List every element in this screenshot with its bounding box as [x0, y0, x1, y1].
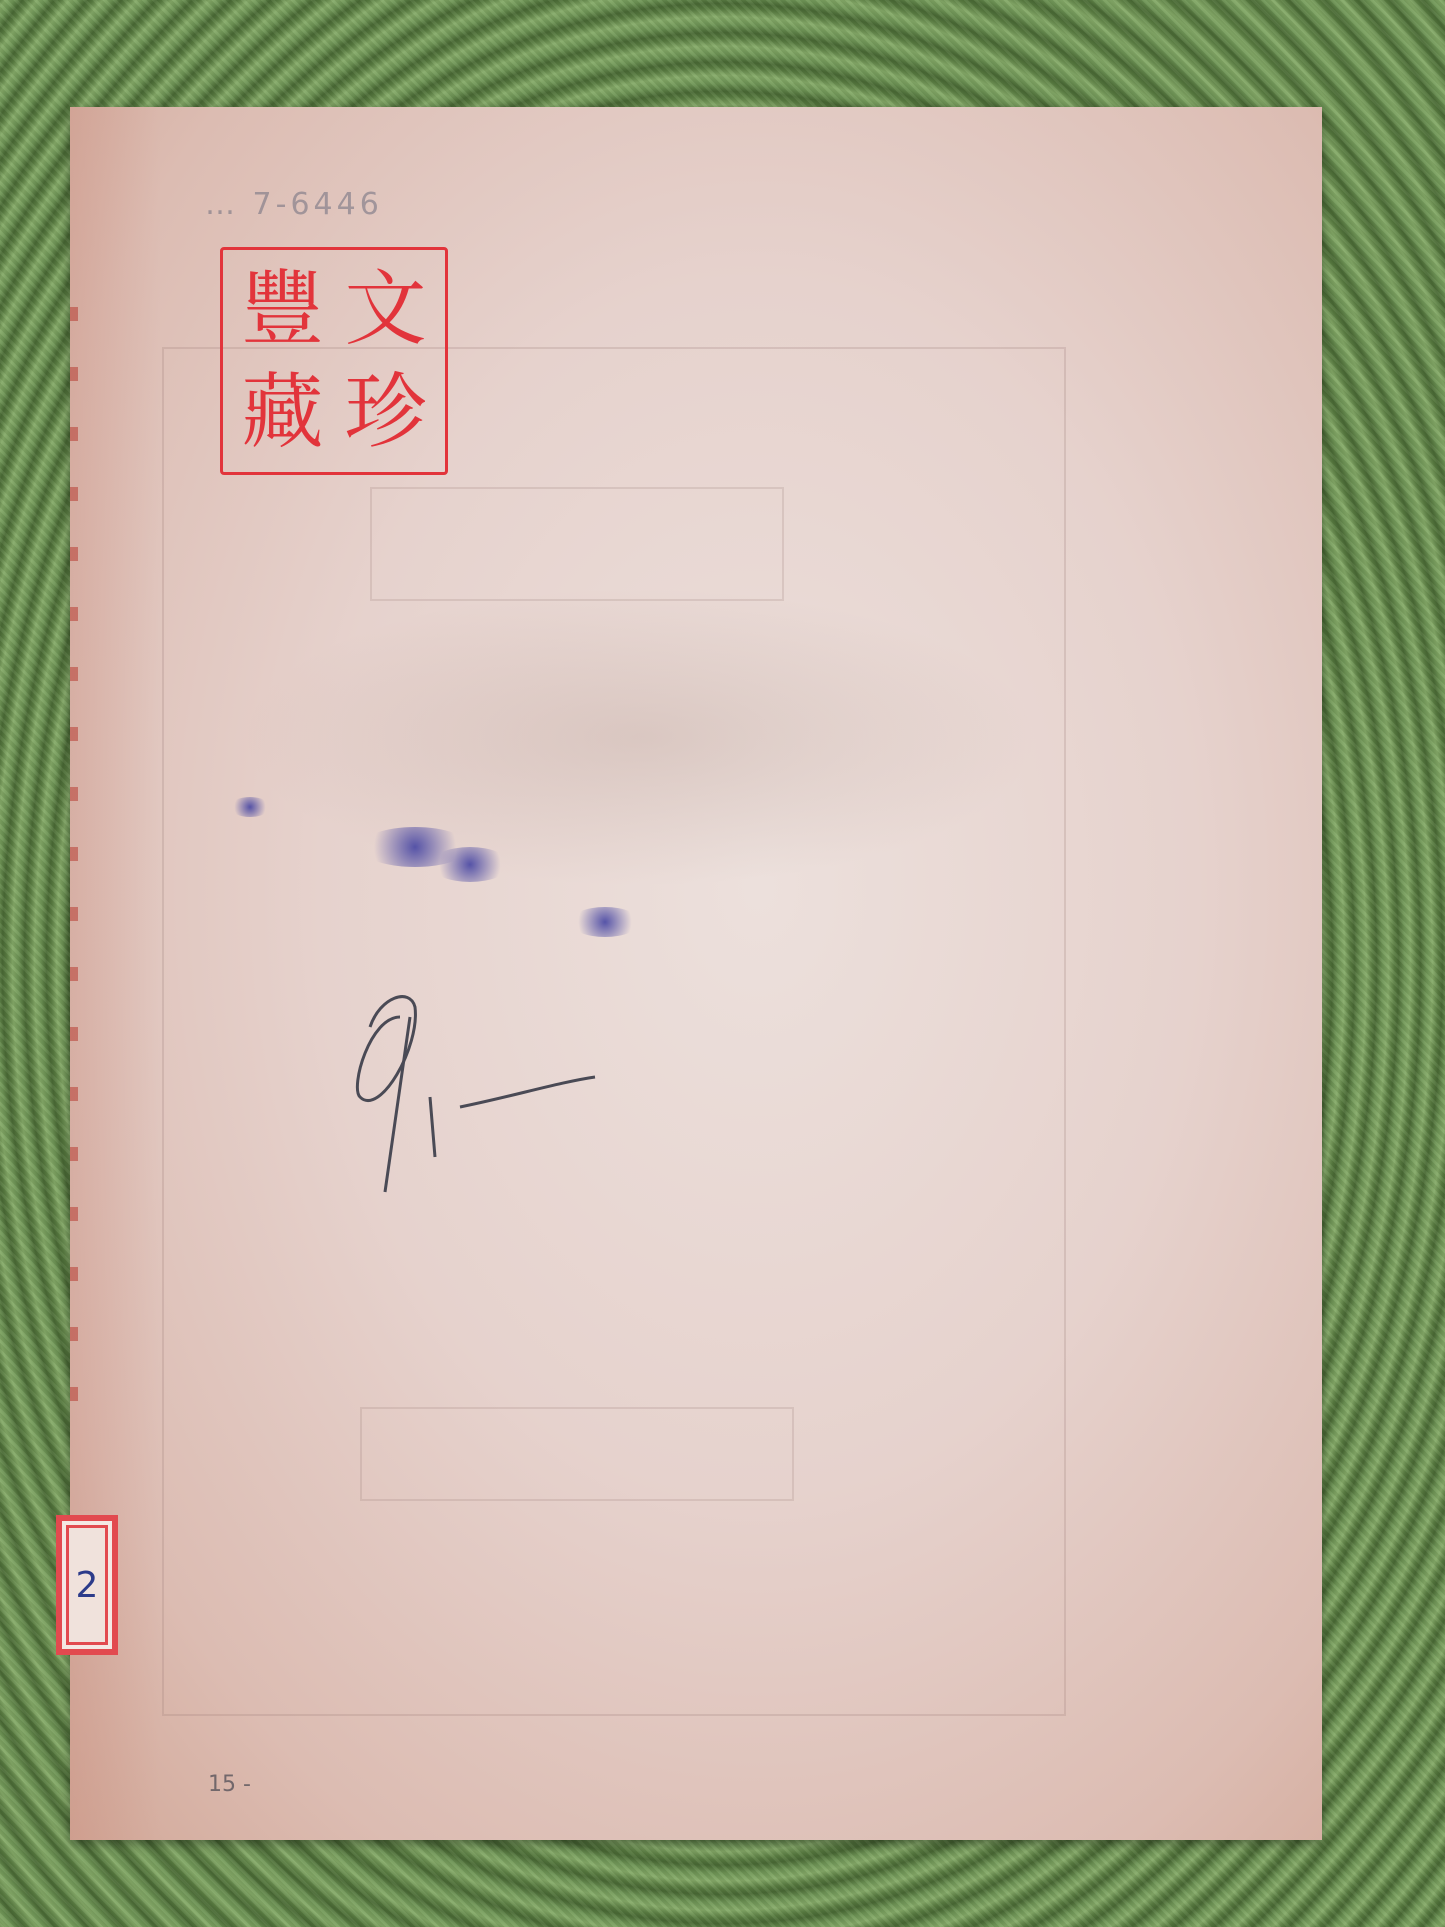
seal-char: 豐 [231, 258, 334, 361]
spine-label-number: 2 [76, 1565, 99, 1606]
seal-char: 珍 [334, 361, 437, 464]
ink-blot [570, 907, 640, 937]
spine-label: 2 [56, 1515, 118, 1655]
collector-seal: 豐 文 藏 珍 [220, 247, 448, 475]
show-through-footer-box [360, 1407, 794, 1501]
book-cover: … 7-6446 豐 文 藏 珍 2 15 - [70, 107, 1322, 1840]
seal-char: 藏 [231, 361, 334, 464]
spine-edge-marks [70, 307, 78, 1407]
catalog-number: … 7-6446 [205, 187, 383, 222]
seal-char: 文 [334, 258, 437, 361]
ink-blot [430, 847, 510, 882]
ink-blot [230, 797, 270, 817]
pencil-annotation [340, 987, 670, 1217]
show-through-title-box [370, 487, 784, 601]
pencil-bottom-mark: 15 - [208, 1772, 251, 1797]
